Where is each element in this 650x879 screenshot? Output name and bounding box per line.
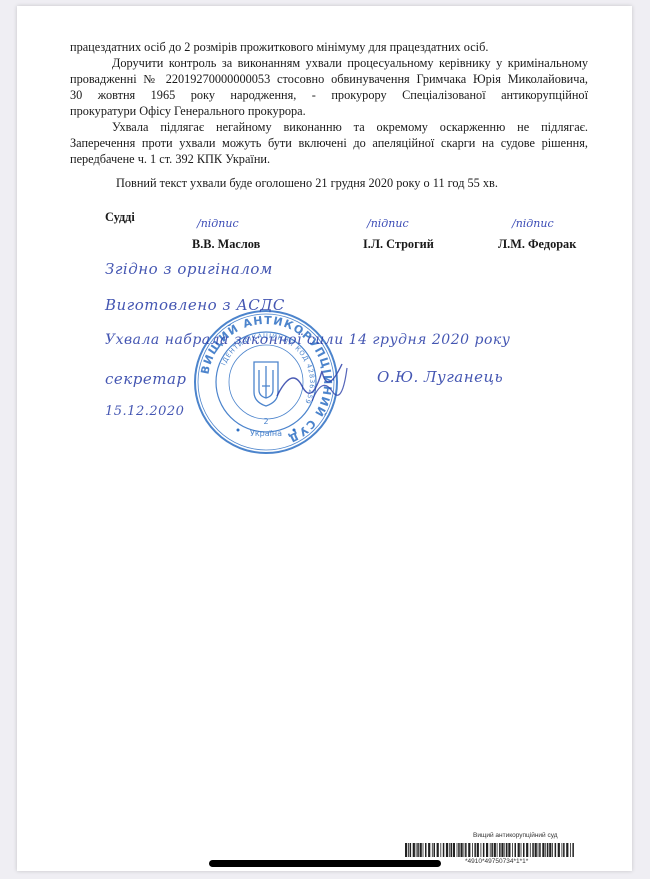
- handwritten-certified: Згідно з оригіналом: [105, 260, 273, 278]
- svg-text:Україна: Україна: [250, 429, 282, 438]
- handwritten-secretary-name: О.Ю. Луганець: [377, 368, 503, 386]
- handwritten-effective: Ухвала набрала законної сили 14 грудня 2…: [105, 332, 510, 348]
- document-page: працездатних осіб до 2 розмірів прожитко…: [17, 6, 632, 871]
- judge-name: В.В. Маслов: [192, 236, 260, 252]
- text-line: прокуратури Офісу Генерального прокурора…: [70, 103, 306, 119]
- judge-signature-mark: /підпис: [367, 217, 409, 230]
- text-line: провадженні № 22019270000000053 стосовно…: [70, 71, 588, 87]
- svg-text:2: 2: [263, 417, 268, 426]
- handwritten-secretary-label: секретар: [105, 370, 186, 388]
- full-text-announcement: Повний текст ухвали буде оголошено 21 гр…: [116, 175, 498, 191]
- judge-signature-mark: /підпис: [512, 217, 554, 230]
- handwritten-date: 15.12.2020: [105, 404, 184, 419]
- text-line: 30 жовтня 1965 року народження, - прокур…: [70, 87, 588, 103]
- barcode-label: Вищий антикорупційний суд: [473, 832, 558, 839]
- text-line: Ухвала підлягає негайному виконанню та о…: [70, 119, 588, 135]
- judge-signature-mark: /підпис: [197, 217, 239, 230]
- text-line: Заперечення проти ухвали можуть бути вкл…: [70, 135, 588, 151]
- text-line: передбачене ч. 1 ст. 392 КПК України.: [70, 151, 270, 167]
- handwritten-generated: Виготовлено з АСДС: [105, 296, 285, 314]
- judge-name: І.Л. Строгий: [363, 236, 434, 252]
- barcode-number: *4910*49750734*1*1*: [465, 858, 528, 865]
- judge-name: Л.М. Федорак: [498, 236, 576, 252]
- secretary-signature-icon: [272, 356, 352, 406]
- text-line: Доручити контроль за виконанням ухвали п…: [70, 55, 588, 71]
- text-line: працездатних осіб до 2 розмірів прожитко…: [70, 39, 488, 55]
- barcode-icon: [405, 843, 577, 857]
- judges-label: Судді: [105, 209, 135, 225]
- home-indicator[interactable]: [209, 860, 441, 867]
